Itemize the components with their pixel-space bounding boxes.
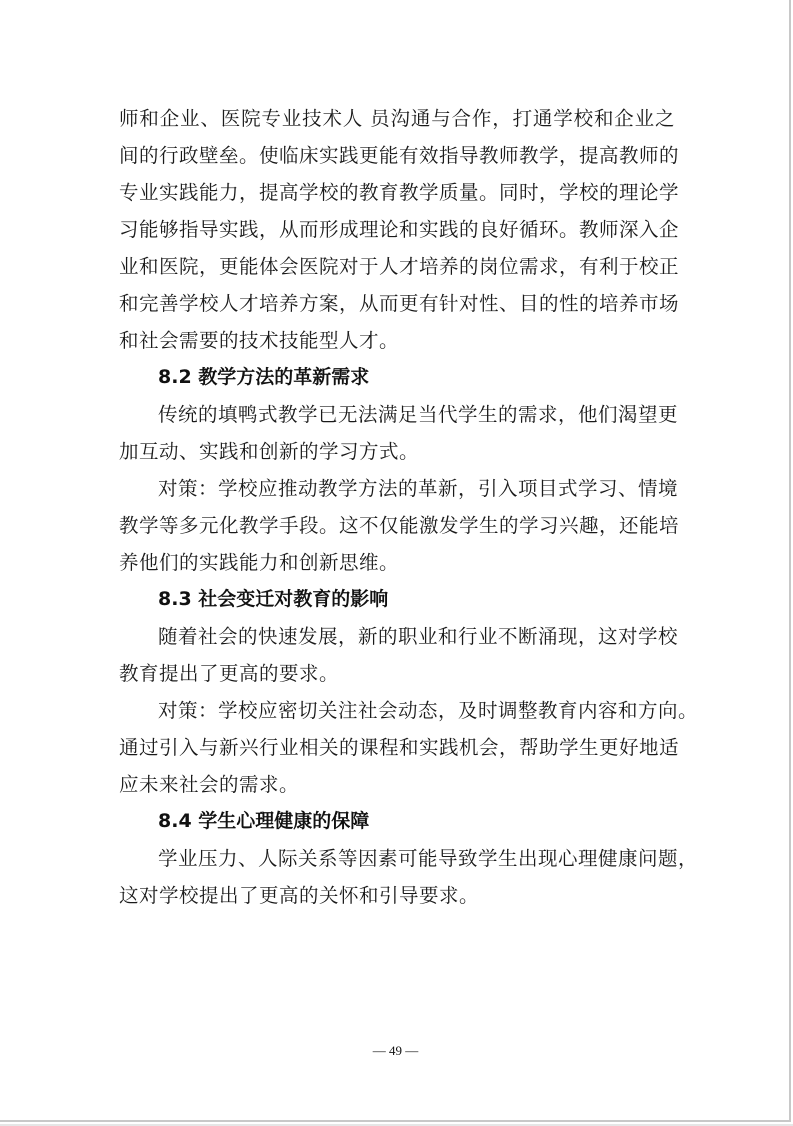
text-line: 学业压力、人际关系等因素可能导致学生出现心理健康问题， bbox=[119, 840, 675, 877]
text-line: 随着社会的快速发展，新的职业和行业不断涌现，这对学校 bbox=[119, 618, 675, 655]
page-number: — 49 — bbox=[0, 1043, 791, 1059]
text-line: 专业实践能力，提高学校的教育教学质量。同时，学校的理论学 bbox=[119, 174, 675, 211]
text-line: 教育提出了更高的要求。 bbox=[119, 655, 675, 692]
text-line: 和完善学校人才培养方案，从而更有针对性、目的性的培养市场 bbox=[119, 285, 675, 322]
text-line: 养他们的实践能力和创新思维。 bbox=[119, 544, 675, 581]
text-line: 加互动、实践和创新的学习方式。 bbox=[119, 433, 675, 470]
text-line: 习能够指导实践，从而形成理论和实践的良好循环。教师深入企 bbox=[119, 211, 675, 248]
text-line: 通过引入与新兴行业相关的课程和实践机会，帮助学生更好地适 bbox=[119, 729, 675, 766]
document-page: 师和企业、医院专业技术人 员沟通与合作，打通学校和企业之 间的行政壁垒。使临床实… bbox=[0, 0, 791, 1122]
section-heading-8-3: 8.3 社会变迁对教育的影响 bbox=[119, 581, 675, 618]
page-content: 师和企业、医院专业技术人 员沟通与合作，打通学校和企业之 间的行政壁垒。使临床实… bbox=[119, 100, 675, 914]
text-line: 对策：学校应密切关注社会动态，及时调整教育内容和方向。 bbox=[119, 692, 675, 729]
text-line: 教学等多元化教学手段。这不仅能激发学生的学习兴趣，还能培 bbox=[119, 507, 675, 544]
text-line: 传统的填鸭式教学已无法满足当代学生的需求，他们渴望更 bbox=[119, 396, 675, 433]
section-heading-8-2: 8.2 教学方法的革新需求 bbox=[119, 359, 675, 396]
text-line: 和社会需要的技术技能型人才。 bbox=[119, 322, 675, 359]
text-line: 业和医院，更能体会医院对于人才培养的岗位需求，有利于校正 bbox=[119, 248, 675, 285]
text-line: 对策：学校应推动教学方法的革新，引入项目式学习、情境 bbox=[119, 470, 675, 507]
text-line: 这对学校提出了更高的关怀和引导要求。 bbox=[119, 877, 675, 914]
text-line: 间的行政壁垒。使临床实践更能有效指导教师教学，提高教师的 bbox=[119, 137, 675, 174]
text-line: 师和企业、医院专业技术人 员沟通与合作，打通学校和企业之 bbox=[119, 100, 675, 137]
section-heading-8-4: 8.4 学生心理健康的保障 bbox=[119, 803, 675, 840]
text-line: 应未来社会的需求。 bbox=[119, 766, 675, 803]
